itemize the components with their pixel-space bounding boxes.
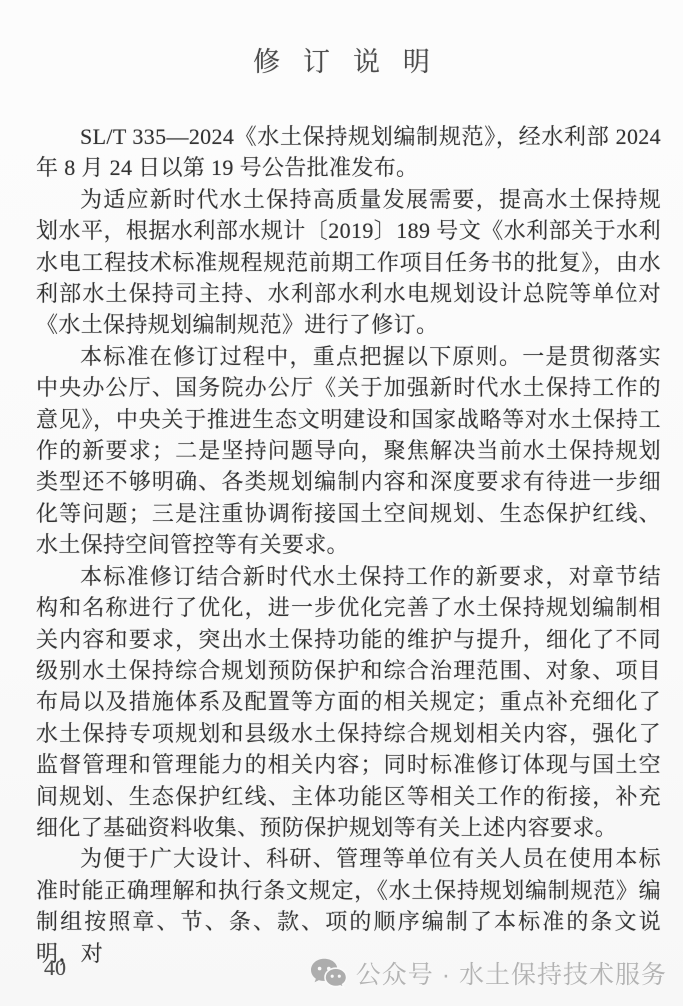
paragraph-usage-note: 为便于广大设计、科研、管理等单位有关人员在使用本标准时能正确理解和执行条文规定，… [36,843,661,969]
page-number: 40 [44,955,66,981]
document-page: 修订说明 SL/T 335—2024《水土保持规划编制规范》，经水利部 2024… [0,0,683,1006]
watermark-text: 公众号 · 水土保持技术服务 [356,955,667,991]
wechat-icon [310,958,347,989]
watermark: 公众号 · 水土保持技术服务 [310,955,667,991]
paragraph-revision-content: 本标准修订结合新时代水土保持工作的新要求，对章节结构和名称进行了优化，进一步优化… [36,561,661,844]
page-title: 修订说明 [0,40,683,79]
paragraph-principles: 本标准在修订过程中，重点把握以下原则。一是贯彻落实中央办公厅、国务院办公厅《关于… [36,341,661,561]
document-body: SL/T 335—2024《水土保持规划编制规范》，经水利部 2024 年 8 … [36,121,661,969]
paragraph-revision-basis: 为适应新时代水土保持高质量发展需要，提高水土保持规划水平，根据水利部水规计〔20… [36,184,661,341]
paragraph-approval: SL/T 335—2024《水土保持规划编制规范》，经水利部 2024 年 8 … [36,121,661,184]
